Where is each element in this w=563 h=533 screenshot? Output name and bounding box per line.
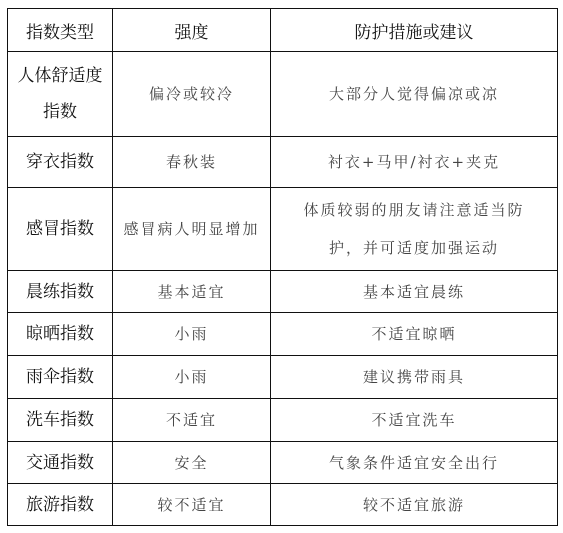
advice-cell: 气象条件适宜安全出行 <box>271 442 558 484</box>
advice-line: 护，并可适度加强运动 <box>275 229 553 267</box>
table-row: 雨伞指数 小雨 建议携带雨具 <box>8 356 558 399</box>
index-type-cell: 人体舒适度 指数 <box>8 52 113 137</box>
index-type-cell: 旅游指数 <box>8 484 113 526</box>
header-row: 指数类型 强度 防护措施或建议 <box>8 9 558 52</box>
advice-cell: 体质较弱的朋友请注意适当防 护，并可适度加强运动 <box>271 188 558 271</box>
table-row: 晾晒指数 小雨 不适宜晾晒 <box>8 313 558 356</box>
index-type-cell: 交通指数 <box>8 442 113 484</box>
level-cell: 感冒病人明显增加 <box>113 188 271 271</box>
table-row: 洗车指数 不适宜 不适宜洗车 <box>8 399 558 442</box>
header-index-type: 指数类型 <box>8 9 113 52</box>
table-row: 交通指数 安全 气象条件适宜安全出行 <box>8 442 558 484</box>
index-type-cell: 雨伞指数 <box>8 356 113 399</box>
table-row: 晨练指数 基本适宜 基本适宜晨练 <box>8 271 558 313</box>
advice-cell: 衬衣+马甲/衬衣+夹克 <box>271 137 558 188</box>
level-cell: 春秋装 <box>113 137 271 188</box>
index-type-line: 指数 <box>12 94 108 130</box>
weather-index-table: 指数类型 强度 防护措施或建议 人体舒适度 指数 偏冷或较冷 大部分人觉得偏凉或… <box>7 8 558 526</box>
index-type-cell: 穿衣指数 <box>8 137 113 188</box>
level-cell: 不适宜 <box>113 399 271 442</box>
advice-cell: 大部分人觉得偏凉或凉 <box>271 52 558 137</box>
level-cell: 小雨 <box>113 356 271 399</box>
table-row: 旅游指数 较不适宜 较不适宜旅游 <box>8 484 558 526</box>
index-type-cell: 晾晒指数 <box>8 313 113 356</box>
advice-cell: 不适宜晾晒 <box>271 313 558 356</box>
header-level: 强度 <box>113 9 271 52</box>
table-row: 感冒指数 感冒病人明显增加 体质较弱的朋友请注意适当防 护，并可适度加强运动 <box>8 188 558 271</box>
advice-cell: 不适宜洗车 <box>271 399 558 442</box>
level-cell: 偏冷或较冷 <box>113 52 271 137</box>
level-cell: 安全 <box>113 442 271 484</box>
advice-cell: 基本适宜晨练 <box>271 271 558 313</box>
header-advice: 防护措施或建议 <box>271 9 558 52</box>
table-row: 人体舒适度 指数 偏冷或较冷 大部分人觉得偏凉或凉 <box>8 52 558 137</box>
level-cell: 较不适宜 <box>113 484 271 526</box>
table-row: 穿衣指数 春秋装 衬衣+马甲/衬衣+夹克 <box>8 137 558 188</box>
level-cell: 基本适宜 <box>113 271 271 313</box>
index-type-cell: 洗车指数 <box>8 399 113 442</box>
advice-cell: 较不适宜旅游 <box>271 484 558 526</box>
advice-line: 体质较弱的朋友请注意适当防 <box>275 191 553 229</box>
index-type-cell: 感冒指数 <box>8 188 113 271</box>
index-type-cell: 晨练指数 <box>8 271 113 313</box>
advice-cell: 建议携带雨具 <box>271 356 558 399</box>
index-type-line: 人体舒适度 <box>12 58 108 94</box>
level-cell: 小雨 <box>113 313 271 356</box>
